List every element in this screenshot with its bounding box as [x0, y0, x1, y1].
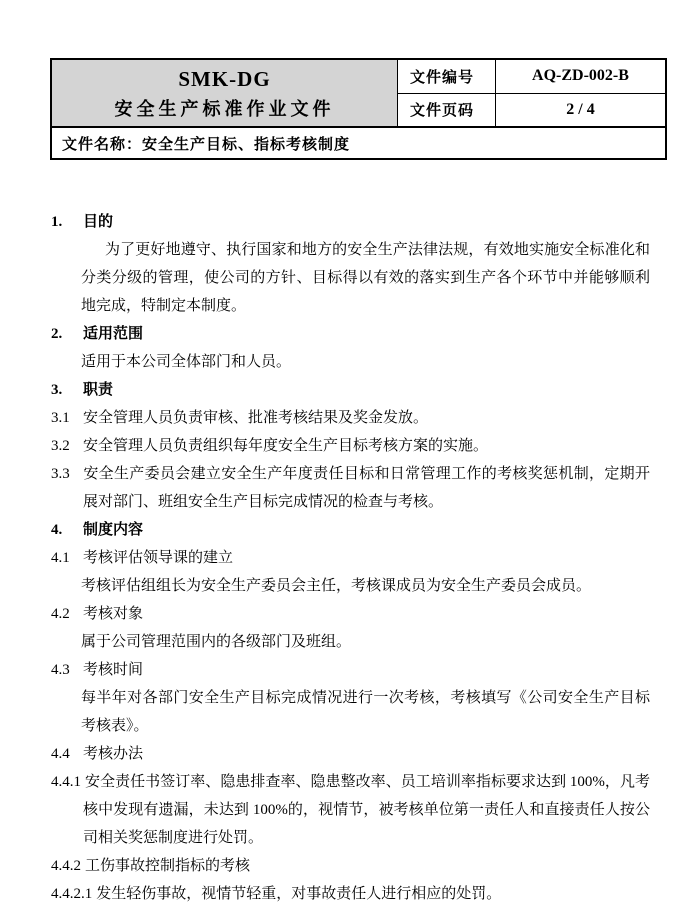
- doc-page-label: 文件页码: [398, 93, 496, 127]
- item-text: 适用于本公司全体部门和人员。: [81, 354, 291, 370]
- heading-text: 职责: [83, 382, 113, 398]
- item-text: 安全生产委员会建立安全生产年度责任目标和日常管理工作的考核奖惩机制，定期开展对部…: [83, 466, 650, 510]
- heading-text: 适用范围: [83, 326, 143, 342]
- numbered-item: 3.3安全生产委员会建立安全生产年度责任目标和日常管理工作的考核奖惩机制，定期开…: [83, 460, 650, 516]
- doc-page-value: 2 / 4: [496, 93, 667, 127]
- numbered-item: 4.2考核对象: [83, 600, 650, 628]
- item-text: 每半年对各部门安全生产目标完成情况进行一次考核，考核填写《公司安全生产目标考核表…: [81, 690, 650, 734]
- item-text: 考核办法: [83, 746, 143, 762]
- item-text: 考核评估组组长为安全生产委员会主任，考核课成员为安全生产委员会成员。: [81, 578, 591, 594]
- document-code: SMK-DG: [52, 60, 397, 94]
- item-text: 安全管理人员负责审核、批准考核结果及奖金发放。: [83, 410, 428, 426]
- paragraph: 每半年对各部门安全生产目标完成情况进行一次考核，考核填写《公司安全生产目标考核表…: [81, 684, 650, 740]
- numbered-item: 3.1安全管理人员负责审核、批准考核结果及奖金发放。: [83, 404, 650, 432]
- paragraph: 考核评估组组长为安全生产委员会主任，考核课成员为安全生产委员会成员。: [81, 572, 650, 600]
- paragraph: 适用于本公司全体部门和人员。: [81, 348, 650, 376]
- item-number: 3.3: [51, 460, 79, 488]
- item-text: 安全责任书签订率、隐患排查率、隐患整改率、员工培训率指标要求达到 100%，凡考…: [83, 774, 650, 846]
- document-body: 1.目的为了更好地遵守、执行国家和地方的安全生产法律法规，有效地实施安全标准化和…: [55, 208, 650, 905]
- item-text: 属于公司管理范围内的各级部门及班组。: [81, 634, 351, 650]
- item-number: 4.4.2.1: [51, 880, 92, 905]
- item-text: 发生轻伤事故，视情节轻重，对事故责任人进行相应的处罚。: [96, 886, 501, 902]
- document-type-title: 安全生产标准作业文件: [52, 94, 397, 126]
- item-number: 4.1: [51, 544, 79, 572]
- item-number: 4.4.1: [51, 768, 81, 796]
- item-text: 安全管理人员负责组织每年度安全生产目标考核方案的实施。: [83, 438, 488, 454]
- doc-name-cell: 文件名称：安全生产目标、指标考核制度: [51, 127, 666, 159]
- item-text: 考核时间: [83, 662, 143, 678]
- doc-name-label: 文件名称：: [62, 137, 142, 153]
- item-number: 3.: [51, 376, 79, 404]
- item-number: 4.4: [51, 740, 79, 768]
- document-header-table: SMK-DG 安全生产标准作业文件 文件编号 AQ-ZD-002-B 文件页码 …: [50, 58, 667, 160]
- paragraph: 为了更好地遵守、执行国家和地方的安全生产法律法规，有效地实施安全标准化和分类分级…: [81, 236, 650, 320]
- item-number: 2.: [51, 320, 79, 348]
- item-text: 为了更好地遵守、执行国家和地方的安全生产法律法规，有效地实施安全标准化和分类分级…: [81, 242, 650, 314]
- header-row-3: 文件名称：安全生产目标、指标考核制度: [51, 127, 666, 159]
- item-number: 4.3: [51, 656, 79, 684]
- heading-text: 制度内容: [83, 522, 143, 538]
- item-text: 考核对象: [83, 606, 143, 622]
- section-heading: 2.适用范围: [83, 320, 650, 348]
- item-number: 4.: [51, 516, 79, 544]
- numbered-item: 4.4.1安全责任书签订率、隐患排查率、隐患整改率、员工培训率指标要求达到 10…: [83, 768, 650, 852]
- section-heading: 4.制度内容: [83, 516, 650, 544]
- document-page: SMK-DG 安全生产标准作业文件 文件编号 AQ-ZD-002-B 文件页码 …: [0, 0, 700, 905]
- numbered-item: 4.1考核评估领导课的建立: [83, 544, 650, 572]
- paragraph: 属于公司管理范围内的各级部门及班组。: [81, 628, 650, 656]
- numbered-item: 4.4.2.1发生轻伤事故，视情节轻重，对事故责任人进行相应的处罚。: [83, 880, 650, 905]
- item-number: 4.4.2: [51, 852, 81, 880]
- doc-name-value: 安全生产目标、指标考核制度: [142, 137, 350, 153]
- item-number: 4.2: [51, 600, 79, 628]
- item-text: 工伤事故控制指标的考核: [85, 858, 250, 874]
- section-heading: 1.目的: [83, 208, 650, 236]
- item-number: 3.2: [51, 432, 79, 460]
- numbered-item: 4.4.2工伤事故控制指标的考核: [83, 852, 650, 880]
- doc-number-label: 文件编号: [398, 59, 496, 93]
- item-text: 考核评估领导课的建立: [83, 550, 233, 566]
- header-row-1: SMK-DG 安全生产标准作业文件 文件编号 AQ-ZD-002-B: [51, 59, 666, 93]
- doc-number-value: AQ-ZD-002-B: [496, 59, 667, 93]
- heading-text: 目的: [83, 214, 113, 230]
- numbered-item: 4.4考核办法: [83, 740, 650, 768]
- numbered-item: 3.2安全管理人员负责组织每年度安全生产目标考核方案的实施。: [83, 432, 650, 460]
- header-title-cell: SMK-DG 安全生产标准作业文件: [51, 59, 398, 127]
- section-heading: 3.职责: [83, 376, 650, 404]
- numbered-item: 4.3考核时间: [83, 656, 650, 684]
- item-number: 3.1: [51, 404, 79, 432]
- item-number: 1.: [51, 208, 79, 236]
